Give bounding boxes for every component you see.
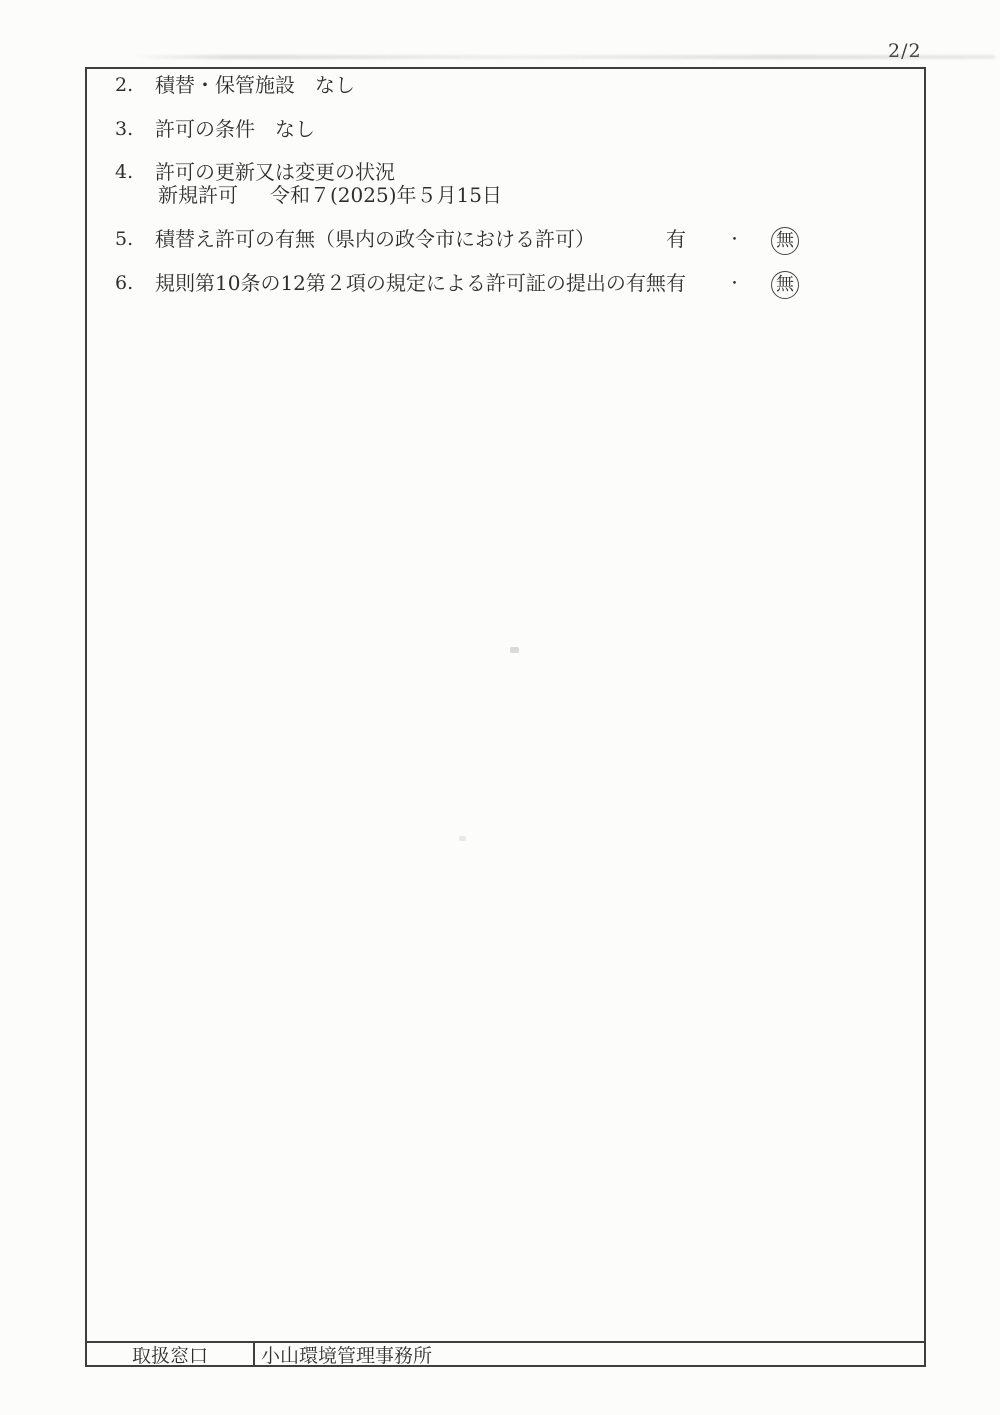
handling-desk-row: 取扱窓口 小山環境管理事務所 xyxy=(87,1341,924,1365)
item-5-option-separator-dot: ・ xyxy=(727,227,742,251)
scan-artifact-streak xyxy=(130,55,995,59)
scan-speck xyxy=(459,836,466,841)
scan-speck xyxy=(510,647,519,653)
handling-desk-label-cell: 取扱窓口 xyxy=(87,1343,255,1365)
item-5-row: 5. 積替え許可の有無（県内の政令市における許可） 有 ・ 無 xyxy=(87,227,924,257)
item-5-number: 5. xyxy=(115,227,133,251)
item-3-number: 3. xyxy=(115,117,133,141)
item-2-row: 2. 積替・保管施設 なし xyxy=(87,73,924,103)
scanned-document-page: 2/2 2. 積替・保管施設 なし 3. 許可の条件 なし 4. 許可の更新又は… xyxy=(0,0,1000,1415)
item-3-row: 3. 許可の条件 なし xyxy=(87,117,924,147)
item-6-option-separator-dot: ・ xyxy=(727,271,742,295)
item-5-option-yes: 有 xyxy=(666,227,686,251)
item-4-detail-row: 新規許可 令和７(2025)年５月15日 xyxy=(87,183,924,213)
handling-desk-value-cell: 小山環境管理事務所 xyxy=(255,1343,924,1365)
item-4-detail-label: 新規許可 xyxy=(158,183,238,207)
handling-desk-label: 取扱窓口 xyxy=(132,1341,208,1368)
item-4-number: 4. xyxy=(115,160,133,184)
item-6-number: 6. xyxy=(115,271,133,295)
handling-desk-office-name: 小山環境管理事務所 xyxy=(261,1341,432,1368)
item-6-text: 規則第10条の12第２項の規定による許可証の提出の有無 xyxy=(155,271,666,295)
item-6-row: 6. 規則第10条の12第２項の規定による許可証の提出の有無 有 ・ 無 xyxy=(87,271,924,301)
item-2-text: 積替・保管施設 なし xyxy=(155,73,355,97)
item-5-text: 積替え許可の有無（県内の政令市における許可） xyxy=(155,227,595,251)
item-2-number: 2. xyxy=(115,73,133,97)
item-3-text: 許可の条件 なし xyxy=(155,117,315,141)
item-5-option-no-circled: 無 xyxy=(771,227,799,255)
item-6-option-no-circled: 無 xyxy=(771,271,799,299)
item-6-option-yes: 有 xyxy=(666,271,686,295)
document-border-box: 2. 積替・保管施設 なし 3. 許可の条件 なし 4. 許可の更新又は変更の状… xyxy=(85,67,926,1367)
item-4-detail-value: 令和７(2025)年５月15日 xyxy=(270,183,502,207)
item-4-text: 許可の更新又は変更の状況 xyxy=(155,160,395,184)
